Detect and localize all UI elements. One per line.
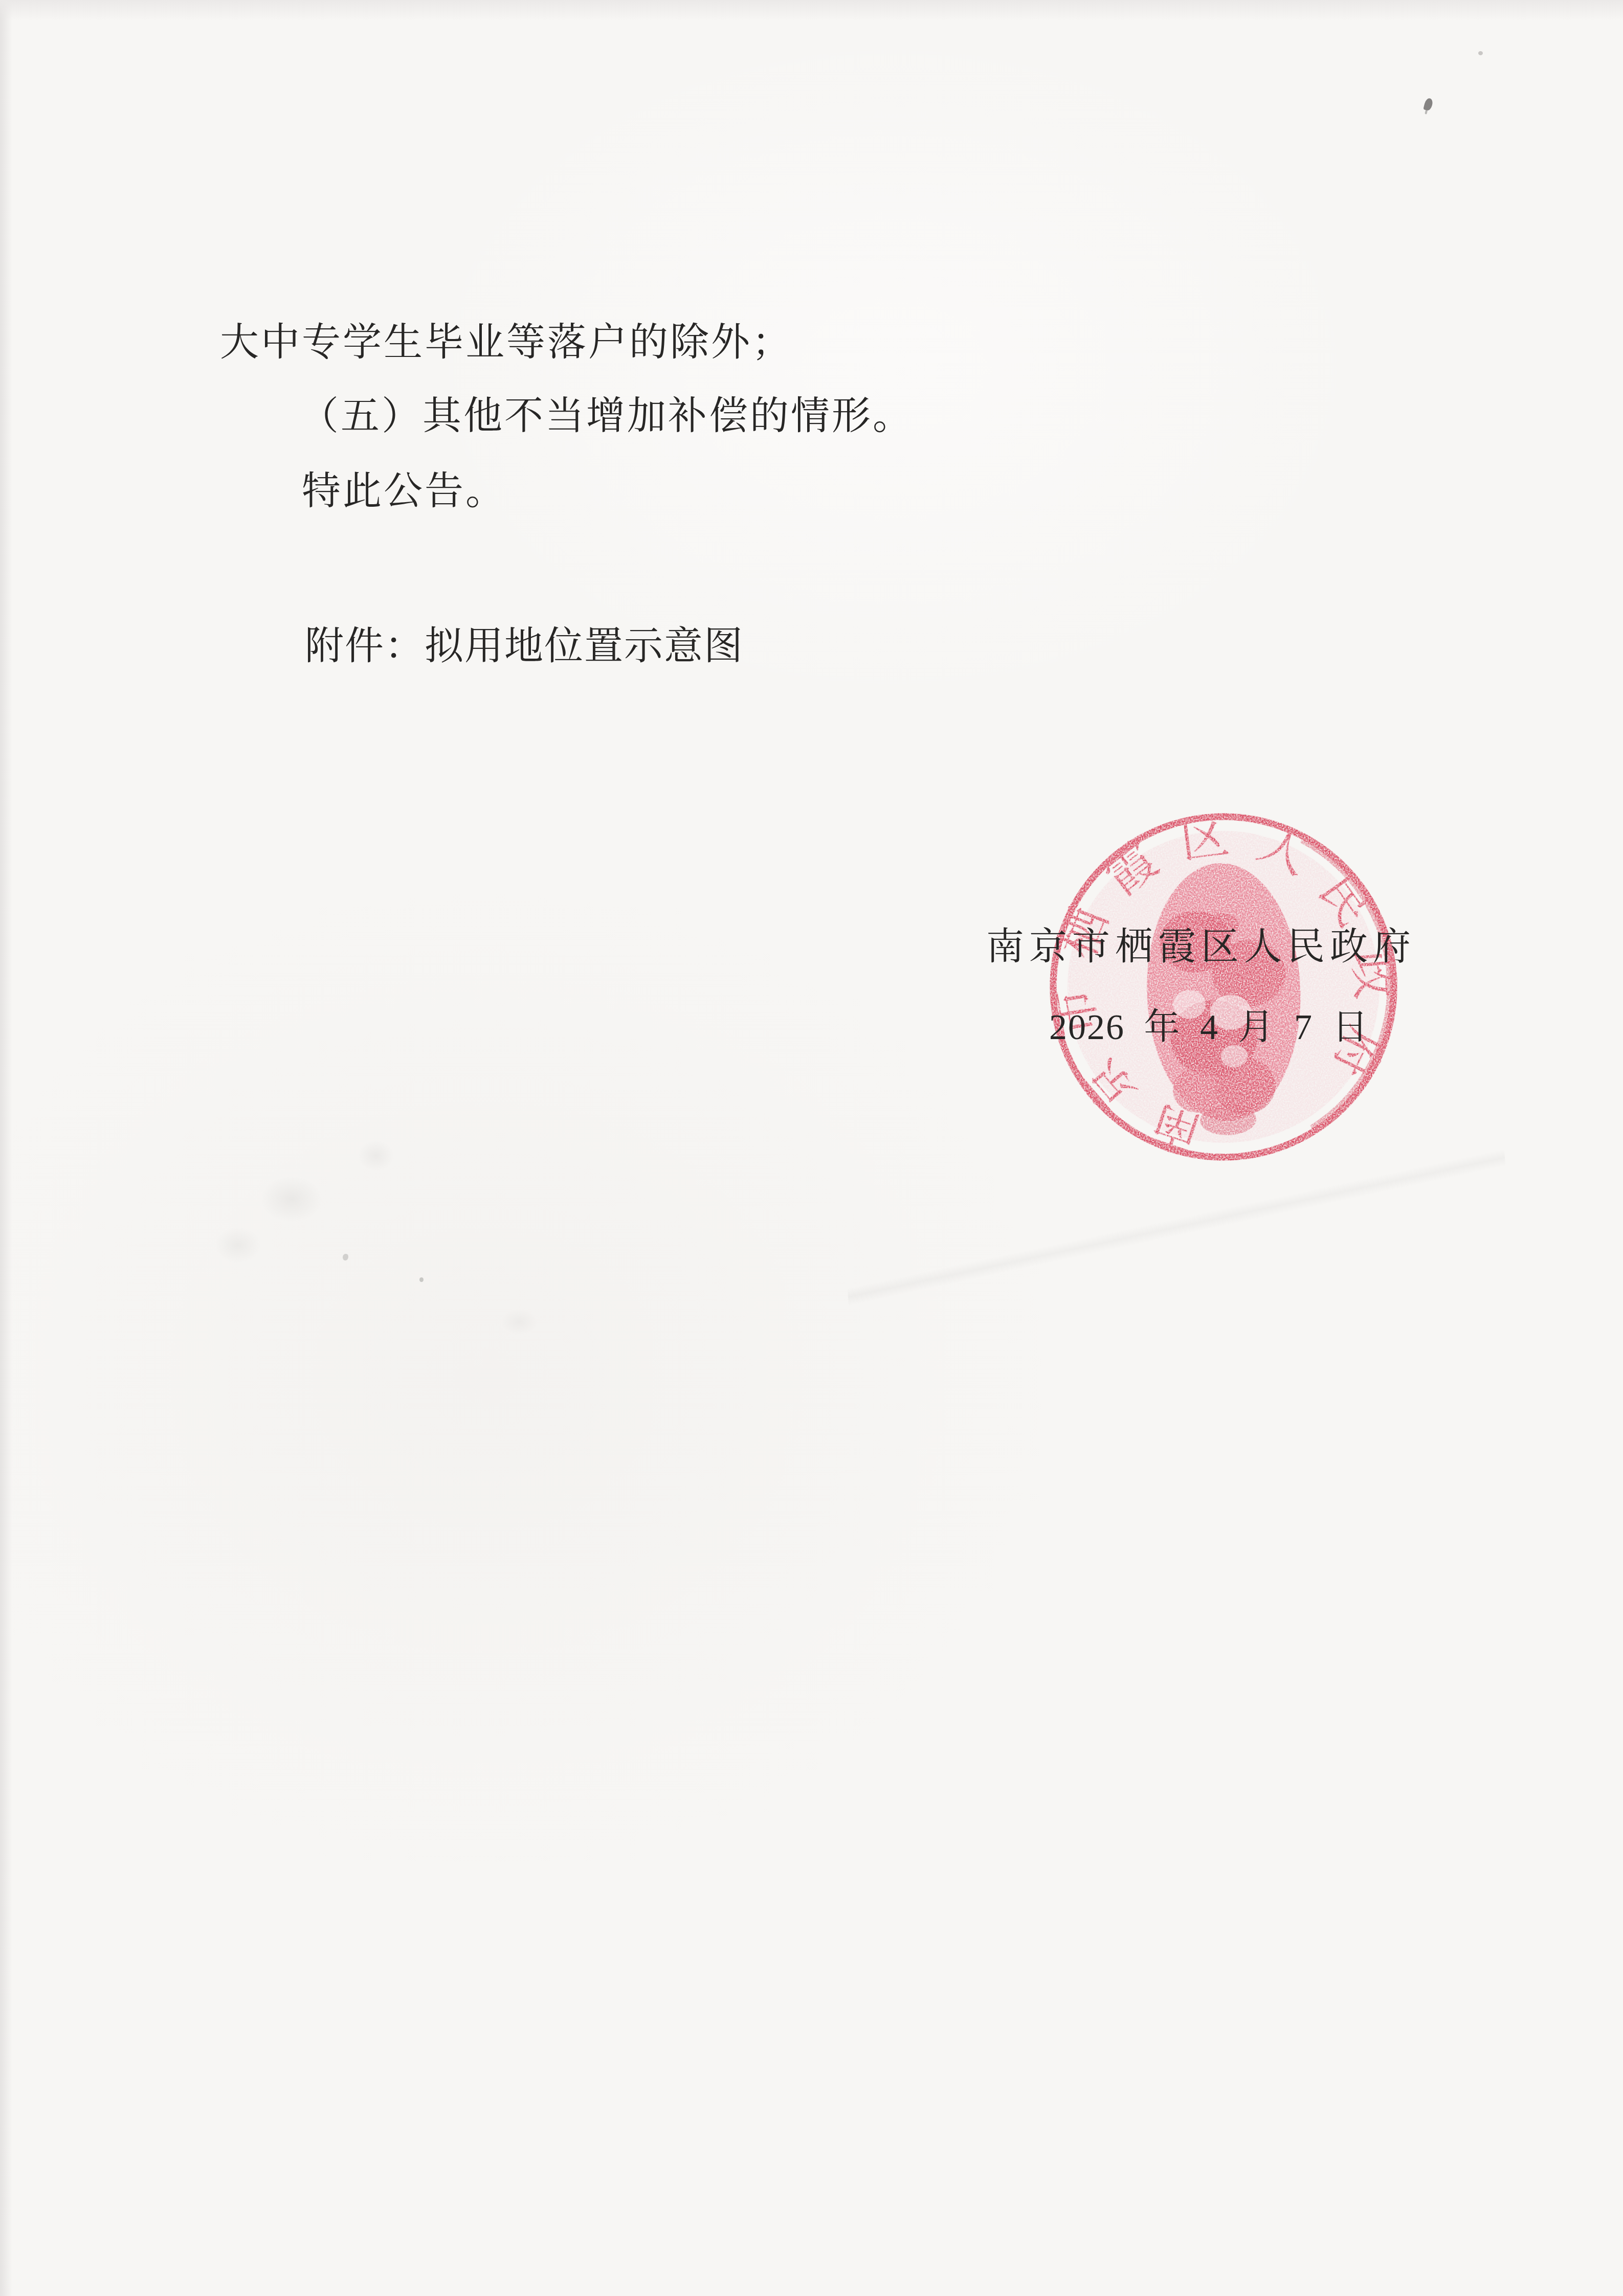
ink-speck [1423, 98, 1433, 111]
ink-speck [343, 1254, 348, 1260]
signature-date: 2026 年 4 月 7 日 [1049, 998, 1369, 1050]
body-text-line-2: （五）其他不当增加补偿的情形。 [300, 385, 914, 440]
seal-graphic: 南京市栖霞区人民政府 [1009, 772, 1438, 1202]
paper-smudge [261, 1176, 322, 1222]
paper-smudge [215, 1227, 261, 1263]
paper-smudge [358, 1140, 394, 1171]
scanned-document-page: 大中专学生毕业等落户的除外； （五）其他不当增加补偿的情形。 特此公告。 附件：… [0, 0, 1623, 2296]
official-seal-stamp: 南京市栖霞区人民政府 [1009, 772, 1438, 1202]
attachment-line: 附件：拟用地位置示意图 [305, 615, 744, 670]
ink-speck [419, 1277, 424, 1282]
body-text-line-3: 特此公告。 [302, 460, 506, 515]
ink-speck [1478, 51, 1483, 55]
paper-smudge [501, 1309, 537, 1335]
body-text-line-1: 大中专学生毕业等落户的除外； [220, 311, 793, 367]
signature-issuer: 南京市栖霞区人民政府 [986, 916, 1416, 971]
